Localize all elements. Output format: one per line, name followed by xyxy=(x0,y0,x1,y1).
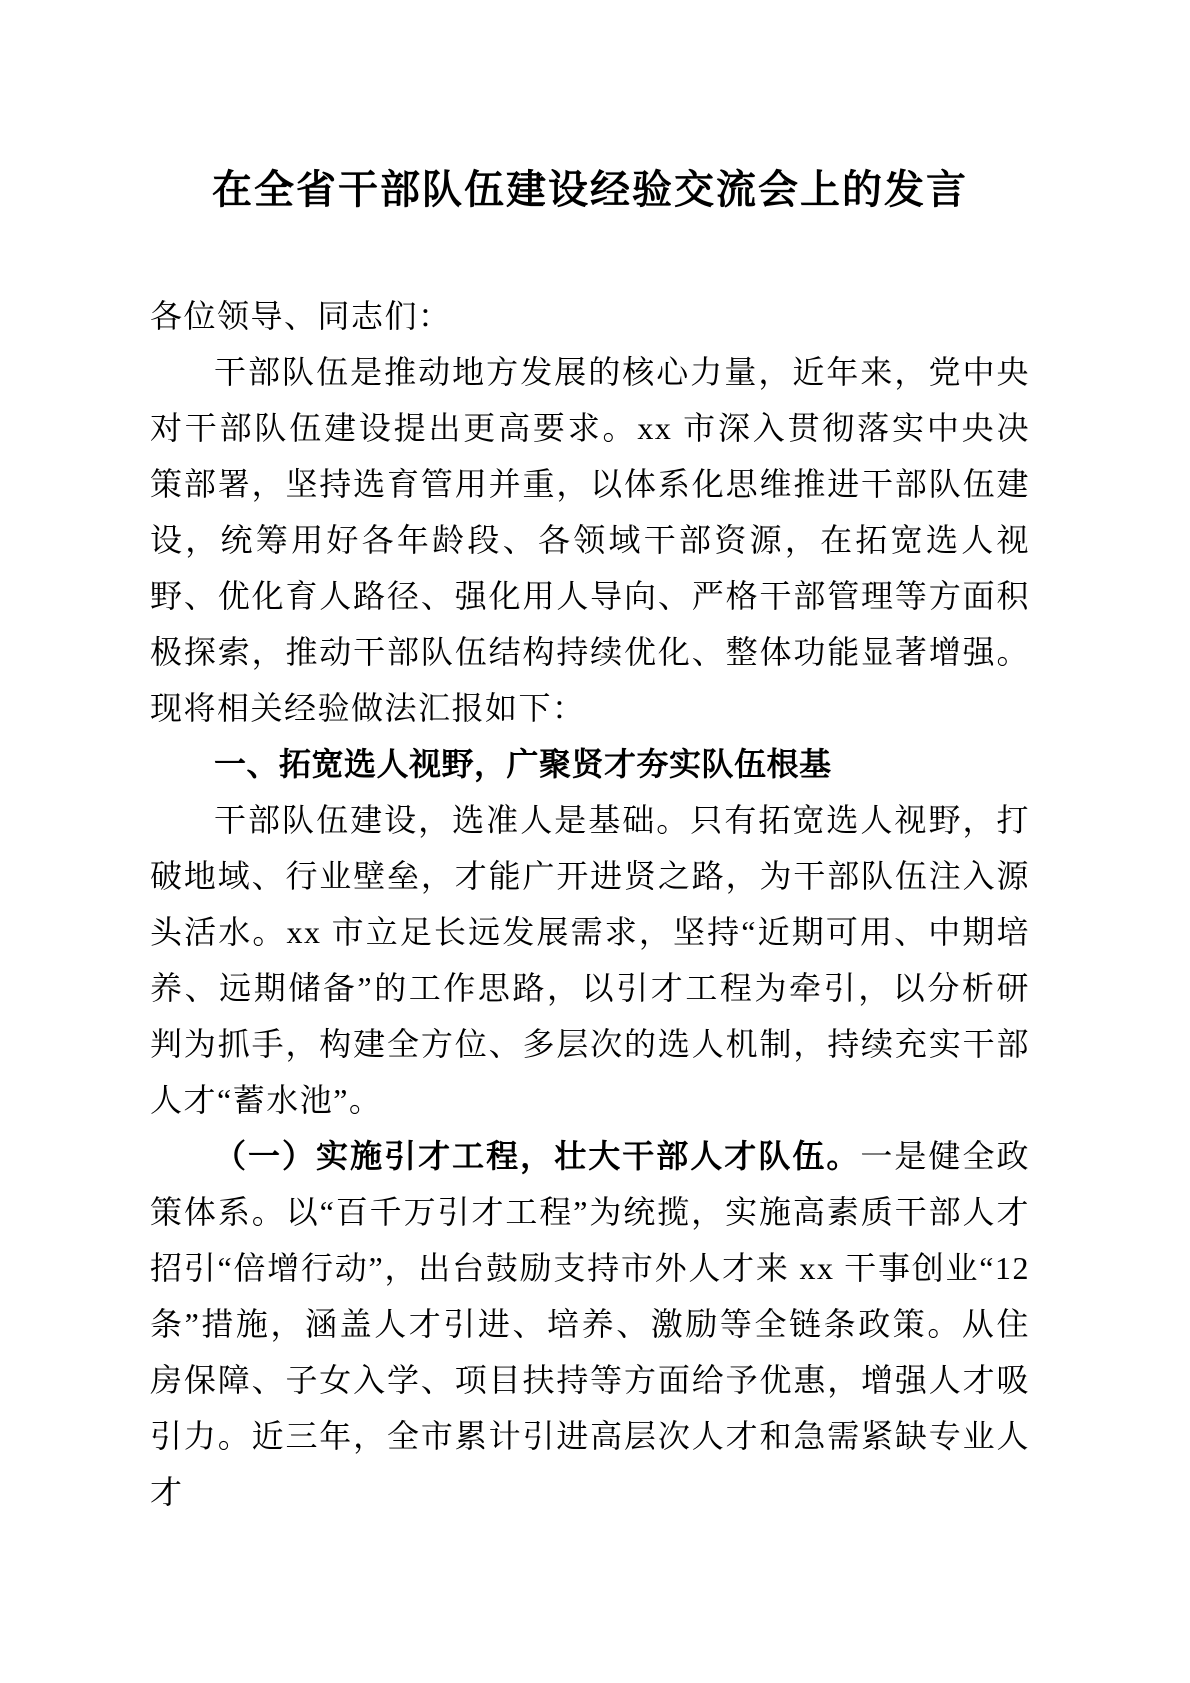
intro-paragraph: 干部队伍是推动地方发展的核心力量，近年来，党中央对干部队伍建设提出更高要求。xx… xyxy=(150,344,1030,736)
subsection-1-lead: （一）实施引才工程，壮大干部人才队伍。 xyxy=(214,1138,860,1174)
subsection-1-body-text: 一是健全政策体系。以“百千万引才工程”为统揽，实施高素质干部人才招引“倍增行动”… xyxy=(150,1138,1030,1510)
document-page: 在全省干部队伍建设经验交流会上的发言 各位领导、同志们： 干部队伍是推动地方发展… xyxy=(0,0,1190,1683)
section-1-heading: 一、拓宽选人视野，广聚贤才夯实队伍根基 xyxy=(150,736,1030,792)
document-title: 在全省干部队伍建设经验交流会上的发言 xyxy=(150,158,1030,222)
salutation-line: 各位领导、同志们： xyxy=(150,288,1030,344)
subsection-1-paragraph: （一）实施引才工程，壮大干部人才队伍。一是健全政策体系。以“百千万引才工程”为统… xyxy=(150,1128,1030,1520)
section-1-lead-paragraph: 干部队伍建设，选准人是基础。只有拓宽选人视野，打破地域、行业壁垒，才能广开进贤之… xyxy=(150,792,1030,1128)
